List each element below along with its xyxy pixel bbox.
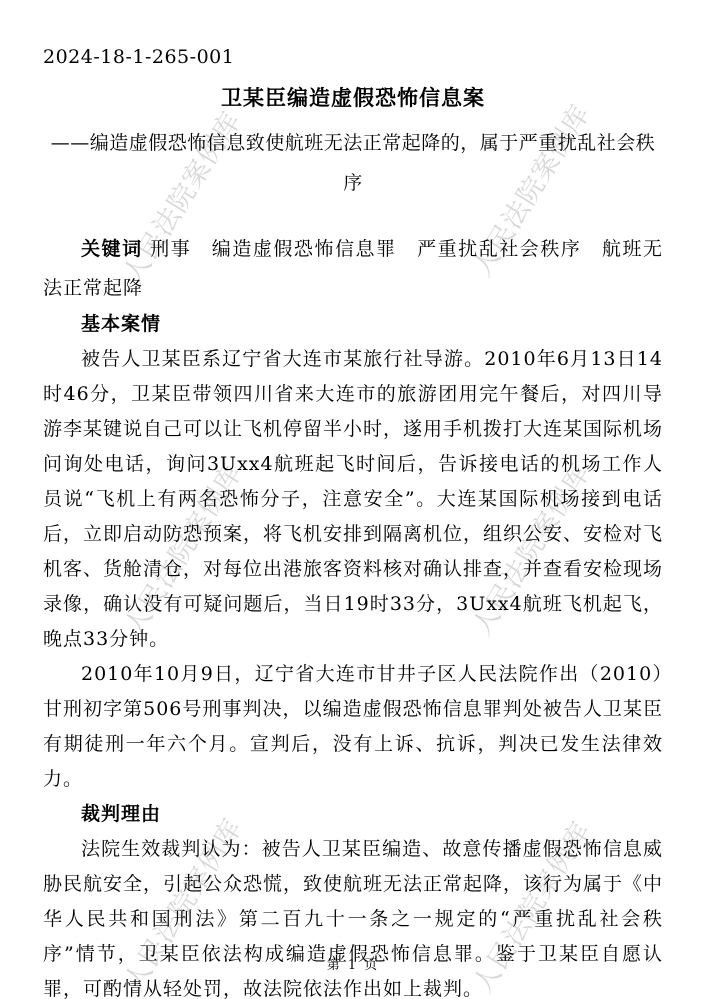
paragraph: 2010年10月9日，辽宁省大连市甘井子区人民法院作出（2010）甘刑初字第50… [43,657,663,797]
case-title: 卫某臣编造虚假恐怖信息案 [43,82,663,112]
paragraph: 法院生效裁判认为：被告人卫某臣编造、故意传播虚假恐怖信息威胁民航安全，引起公众恐… [43,832,663,999]
paragraph: 被告人卫某臣系辽宁省大连市某旅行社导游。2010年6月13日14时46分，卫某臣… [43,342,663,657]
keywords-line: 关键词 刑事 编造虚假恐怖信息罪 严重扰乱社会秩序 航班无法正常起降 [43,230,663,307]
document-content: 2024-18-1-265-001 卫某臣编造虚假恐怖信息案 ——编造虚假恐怖信… [0,0,706,999]
case-reference-number: 2024-18-1-265-001 [43,46,663,68]
section-heading: 裁判理由 [43,797,663,832]
case-subtitle: ——编造虚假恐怖信息致使航班无法正常起降的，属于严重扰乱社会秩序 [43,123,663,203]
document-page: 人民法院案例库 人民法院案例库 人民法院案例库 人民法院案例库 人民法院案例库 … [0,0,706,999]
keywords-label: 关键词 [81,239,143,260]
section-basic-facts: 基本案情 被告人卫某臣系辽宁省大连市某旅行社导游。2010年6月13日14时46… [43,307,663,797]
page-number-footer: 第 1 页 [0,954,706,973]
section-heading: 基本案情 [43,307,663,342]
